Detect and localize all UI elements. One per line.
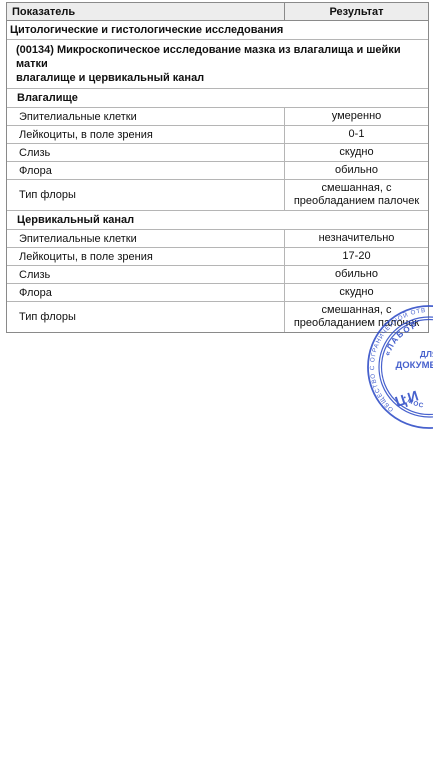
round-stamp: ОБЩЕСТВО С ОГРАНИЧЕННОЙ ОТВ «ЛАБОР ДЛЯ Д… [359,297,433,437]
table-row: Слизь скудно [7,144,428,162]
indicator-cell: Флора [7,284,285,301]
result-cell: обильно [285,162,428,179]
result-cell: 0-1 [285,126,428,143]
indicator-cell: Слизь [7,266,285,283]
header-cell-indicator: Показатель [7,3,285,20]
indicator-cell: Лейкоциты, в поле зрения [7,248,285,265]
stamp-center-line2: ДОКУМЕНТОВ [395,360,433,371]
indicator-cell: Эпителиальные клетки [7,230,285,247]
result-cell: скудно [285,144,428,161]
lab-report-page: Показатель Результат Цитологические и ги… [0,0,433,770]
indicator-cell: Лейкоциты, в поле зрения [7,126,285,143]
indicator-cell: Эпителиальные клетки [7,108,285,125]
results-table: Показатель Результат Цитологические и ги… [6,2,429,333]
table-row: Слизь обильно [7,266,428,284]
result-cell: смешанная, с преобладанием палочек [285,180,428,210]
result-cell: 17-20 [285,248,428,265]
section-header-cervical-canal: Цервикальный канал [7,211,428,230]
indicator-cell: Тип флоры [7,180,285,210]
test-name-row: (00134) Микроскопическое исследование ма… [7,40,428,89]
stamp-center-line1: ДЛЯ [420,349,433,359]
table-row: Флора обильно [7,162,428,180]
result-cell: обильно [285,266,428,283]
table-row: Лейкоциты, в поле зрения 0-1 [7,126,428,144]
header-cell-result: Результат [285,3,428,20]
table-row: Лейкоциты, в поле зрения 17-20 [7,248,428,266]
result-cell: незначительно [285,230,428,247]
result-cell: умеренно [285,108,428,125]
test-name-line2: влагалище и цервикальный канал [16,71,418,85]
test-name-line1: (00134) Микроскопическое исследование ма… [16,43,418,71]
table-row: Тип флоры смешанная, с преобладанием пал… [7,180,428,211]
group-header-row: Цитологические и гистологические исследо… [7,21,428,40]
table-row: Эпителиальные клетки умеренно [7,108,428,126]
table-row: Эпителиальные клетки незначительно [7,230,428,248]
indicator-cell: Тип флоры [7,302,285,332]
indicator-cell: Слизь [7,144,285,161]
section-header-vagina: Влагалище [7,89,428,108]
table-header-row: Показатель Результат [7,3,428,21]
stamp-seal-icon: ОБЩЕСТВО С ОГРАНИЧЕННОЙ ОТВ «ЛАБОР ДЛЯ Д… [359,297,433,437]
indicator-cell: Флора [7,162,285,179]
